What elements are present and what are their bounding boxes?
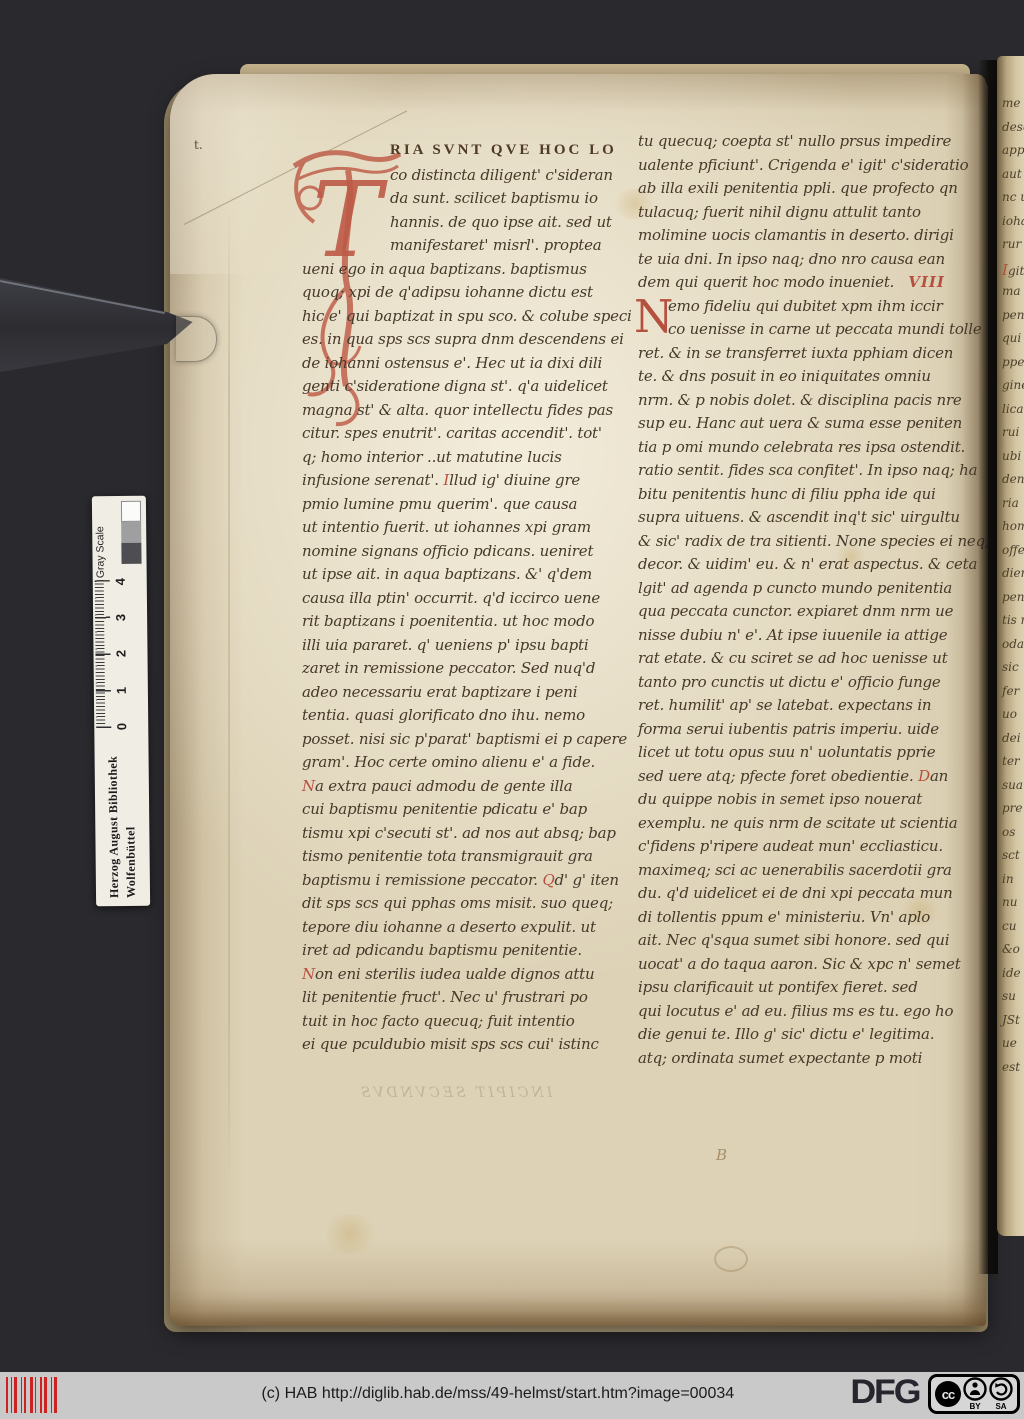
manuscript-line: di tollentis ppum e' ministeriu. Vn' apl…: [638, 908, 990, 932]
page-holder-tip: [176, 316, 217, 362]
ruler-number: 2: [113, 650, 128, 657]
ruler-numbers: 43210: [113, 578, 130, 730]
manuscript-line: Na extra pauci admodu de gente illa: [302, 777, 638, 801]
patch-white: [121, 501, 141, 522]
facing-page-fragment: dier: [997, 566, 1024, 590]
manuscript-line: bitu penitentis hunc di filiu ppha ide q…: [638, 485, 990, 509]
manuscript-line: du. q'd uidelicet ei de dni xpi peccata …: [638, 884, 990, 908]
manuscript-line: ualente pficiunt'. Crigenda e' igit' c's…: [638, 156, 990, 180]
manuscript-line: tismu xpi c'secuti st'. ad nos aut absq;…: [302, 824, 638, 848]
gray-scale-patches: [121, 501, 142, 564]
ruler-major-ticks: [95, 580, 112, 730]
facing-page-fragment: aut ic: [997, 167, 1024, 191]
manuscript-line: quoq; xpi de q'adipsu iohanne dictu est: [302, 283, 638, 307]
cc-sa-item: SA: [989, 1377, 1013, 1411]
facing-page-fragment: desct: [997, 120, 1024, 144]
manuscript-line: forma serui iubentis patris imperiu. uid…: [638, 720, 990, 744]
manuscript-line: pmio lumine pmu querim'. que causa: [302, 495, 638, 519]
manuscript-line: Nemo fideliu qui dubitet xpm ihm iccir: [638, 297, 990, 321]
manuscript-line: ab illa exili penitentia ppli. que profe…: [638, 179, 990, 203]
manuscript-line: qua peccata cunctor. expiaret dnm nrm ue: [638, 602, 990, 626]
patch-mid-gray: [121, 522, 141, 543]
facing-page-fragment: sct: [997, 848, 1024, 872]
facing-page-fragment: lica: [997, 402, 1024, 426]
manuscript-line: iret ad pdicandu baptismu penitentie.: [302, 941, 638, 965]
manuscript-line: atq; ordinata sumet expectante p moti: [638, 1049, 990, 1073]
ruler-number: 1: [114, 686, 129, 693]
manuscript-line: hannis. de quo ipse ait. sed ut: [302, 213, 638, 237]
manuscript-line: licet ut totu opus suu n' uoluntatis ppr…: [638, 743, 990, 767]
manuscript-line: exemplu. ne quis nrm de scitate ut scien…: [638, 814, 990, 838]
facing-page-fragment: offe: [997, 543, 1024, 567]
manuscript-line: baptismu i remissione peccator. Qd' g' i…: [302, 871, 638, 895]
institution-line2: Wolfenbüttel: [122, 738, 139, 898]
manuscript-line: magna st' & alta. quor intellectu fides …: [302, 401, 638, 425]
gray-scale-ruler: Gray Scale 43210 Herzog August Bibliothe…: [92, 496, 150, 907]
manuscript-line: da sunt. scilicet baptismu io: [302, 189, 638, 213]
manuscript-line: die genui te. Illo g' sic' dictu e' legi…: [638, 1025, 990, 1049]
manuscript-line: de iohanni ostensus e'. Hec ut ia dixi d…: [302, 354, 638, 378]
facing-page-fragment: pen: [997, 308, 1024, 332]
manuscript-page: t. T RIA SVNT QVE HOC LOco distincta dil…: [170, 74, 986, 1326]
facing-page-fragment: gine: [997, 378, 1024, 402]
facing-page-fragment: rur i: [997, 237, 1024, 261]
facing-page-fragment: sua: [997, 778, 1024, 802]
sa-label: SA: [995, 1402, 1006, 1411]
manuscript-line: nomine signans officio pdicans. ueniret: [302, 542, 638, 566]
facing-page-fragment: ubi: [997, 449, 1024, 473]
parchment-stain: [320, 1214, 380, 1254]
manuscript-line: nisse dubiu n' e'. At ipse iuuenile ia a…: [638, 626, 990, 650]
manuscript-line: dem qui querit hoc modo inueniet.VIII: [638, 273, 990, 297]
manuscript-line: ipsu clarificauit ut pontifex fieret. se…: [638, 978, 990, 1002]
manuscript-line: molimine uocis clamantis in deserto. dir…: [638, 226, 990, 250]
manuscript-line: ratio sentit. fides sca confitet'. In ip…: [638, 461, 990, 485]
facing-page-fragment: ma: [997, 284, 1024, 308]
right-text-column: tu quecuq; coepta st' nullo prsus impedi…: [638, 132, 990, 1072]
facing-page-fragment: ide: [997, 966, 1024, 990]
rubricated-letter: N: [302, 777, 315, 795]
facing-page-fragment: os: [997, 825, 1024, 849]
left-text-column: RIA SVNT QVE HOC LOco distincta diligent…: [302, 142, 638, 1059]
facing-page-fragment: qui: [997, 331, 1024, 355]
manuscript-line: tentia. quasi glorificato dno ihu. nemo: [302, 706, 638, 730]
binding-gutter-shadow: [978, 60, 998, 1274]
facing-page-fragment: JSt: [997, 1013, 1024, 1037]
manuscript-line: te uia dni. In ipso naq; dno nro causa e…: [638, 250, 990, 274]
facing-page-fragment: nc ut: [997, 190, 1024, 214]
manuscript-line: illi uia pararet. q' ueniens p' ipsu bap…: [302, 636, 638, 660]
facing-page-fragment: cu: [997, 919, 1024, 943]
manuscript-line: ut intentio fuerit. ut iohannes xpi gram: [302, 518, 638, 542]
manuscript-line: du quippe nobis in semet ipso nouerat: [638, 790, 990, 814]
facing-page-fragment: Igit: [997, 261, 1024, 285]
facing-page-fragment: in: [997, 872, 1024, 896]
manuscript-line: rit baptizans i poenitentia. ut hoc modo: [302, 612, 638, 636]
manuscript-line: infusione serenat'. Illud ig' diuine gre: [302, 471, 638, 495]
facing-page-fragment: ter: [997, 754, 1024, 778]
manuscript-line: lgit' ad agenda p cuncto mundo penitenti…: [638, 579, 990, 603]
manuscript-line: zaret in remissione peccator. Sed nuq'd: [302, 659, 638, 683]
facing-page-fragment: rui: [997, 425, 1024, 449]
manuscript-line: qui locutus e' ad eu. filius ms es tu. e…: [638, 1002, 990, 1026]
manuscript-line: & sic' radix de tra sitienti. None speci…: [638, 532, 990, 556]
manuscript-line: tuit in hoc facto quecuq; fuit intentio: [302, 1012, 638, 1036]
facing-page-fragment: dei: [997, 731, 1024, 755]
manuscript-line: dit sps scs qui pphas oms misit. suo que…: [302, 894, 638, 918]
manuscript-line: co distincta diligent' c'sideran: [302, 166, 638, 190]
facing-page-fragment: sic: [997, 660, 1024, 684]
ruler-number: 4: [113, 578, 128, 585]
manuscript-line: cui baptismu penitentie pdicatu e' bap: [302, 800, 638, 824]
rubricated-letter: N: [302, 965, 315, 983]
manuscript-line: lit penitentie fruct'. Nec u' frustrari …: [302, 988, 638, 1012]
facing-page-fragment: uo: [997, 707, 1024, 731]
manuscript-line: nrm. & p nobis dolet. & disciplina pacis…: [638, 391, 990, 415]
cc-license-badge: cc BY SA: [928, 1374, 1020, 1414]
copyright-url-text: (c) HAB http://diglib.hab.de/mss/49-helm…: [261, 1385, 734, 1403]
parchment-dimple: [714, 1246, 748, 1272]
manuscript-line: genti c'sideratione digna st'. q'a uidel…: [302, 377, 638, 401]
manuscript-line: posset. nisi sic p'parat' baptismi ei p …: [302, 730, 638, 754]
facing-page-edge: me udesctapproaut icnc utiohanrur iIgitm…: [997, 56, 1024, 1236]
manuscript-line: adeo necessariu erat baptizare i peni: [302, 683, 638, 707]
facing-page-fragment: appro: [997, 143, 1024, 167]
manuscript-line: tia p omi mundo celebrata res ipsa osten…: [638, 438, 990, 462]
facing-page-fragment: &o: [997, 942, 1024, 966]
manuscript-line: gram'. Hoc certe omino alienu e' a fide.: [302, 753, 638, 777]
facing-page-fragment: ria: [997, 496, 1024, 520]
facing-page-fragment: su: [997, 989, 1024, 1013]
facing-page-fragment: nu: [997, 895, 1024, 919]
facing-page-fragment: tis n: [997, 613, 1024, 637]
rubricated-letter: Q: [542, 871, 554, 889]
patch-dark-gray: [121, 543, 141, 564]
facing-page-fragment: est: [997, 1060, 1024, 1084]
dfg-logo: DFG: [851, 1373, 920, 1412]
manuscript-line: ret. & in se transferret iuxta pphiam di…: [638, 344, 990, 368]
manuscript-line: sed uere atq; pfecte foret obedientie. D…: [638, 767, 990, 791]
manuscript-line: rat etate. & cu sciret se ad hoc uenisse…: [638, 649, 990, 673]
rubricated-letter: D: [918, 767, 930, 785]
manuscript-line: supra uituens. & ascendit inq't sic' uir…: [638, 508, 990, 532]
manuscript-line: ueni ego in aqua baptizans. baptismus: [302, 260, 638, 284]
manuscript-line: ait. Nec q'squa sumet sibi honore. sed q…: [638, 931, 990, 955]
chapter-number-rubric: VIII: [894, 273, 945, 291]
facing-page-fragment: ppe: [997, 355, 1024, 379]
manuscript-line: co uenisse in carne ut peccata mundi tol…: [638, 320, 990, 344]
person-icon: [963, 1377, 987, 1401]
manuscript-line: tu quecuq; coepta st' nullo prsus impedi…: [638, 132, 990, 156]
color-registration-marks: [6, 1377, 64, 1413]
cc-by-item: BY: [963, 1377, 987, 1411]
manuscript-line: ut ipse ait. in aqua baptizans. &' q'dem: [302, 565, 638, 589]
manuscript-line: decor. & uidim' eu. & n' erat aspectus. …: [638, 555, 990, 579]
rubricated-letter: I: [443, 471, 449, 489]
bottom-edge-browning: [170, 1298, 986, 1326]
facing-page-fragment: oda: [997, 637, 1024, 661]
vertical-crease: [228, 204, 230, 1184]
facing-page-fragment: peni: [997, 590, 1024, 614]
facing-page-fragment: me u: [997, 96, 1024, 120]
manuscript-line: Non eni sterilis iudea ualde dignos attu: [302, 965, 638, 989]
manuscript-line: citur. spes enutrit'. caritas accendit'.…: [302, 424, 638, 448]
gray-scale-label: Gray Scale: [94, 500, 107, 578]
institution-name: Herzog August Bibliothek Wolfenbüttel: [94, 738, 150, 899]
cc-icon: cc: [935, 1381, 961, 1407]
quire-signature: B: [716, 1146, 727, 1164]
facing-page-fragment: den: [997, 472, 1024, 496]
manuscript-line: ei que pculdubio misit sps scs cui' isti…: [302, 1035, 638, 1059]
manuscript-line: q; homo interior ..ut matutine lucis: [302, 448, 638, 472]
manuscript-line: sup eu. Hanc aut uera & suma esse penite…: [638, 414, 990, 438]
manuscript-line: RIA SVNT QVE HOC LO: [302, 142, 638, 166]
manuscript-line: hic e' qui baptizat in spu sco. & colube…: [302, 307, 638, 331]
by-label: BY: [969, 1402, 980, 1411]
facing-page-fragment: pre: [997, 801, 1024, 825]
facing-page-fragment: fer: [997, 684, 1024, 708]
show-through-mirrored-text: INCIPIT SECVNDVS: [358, 1085, 552, 1101]
facing-page-fragment: iohan: [997, 214, 1024, 238]
manuscript-line: tepore diu iohanne a deserto expulit. ut: [302, 918, 638, 942]
ruler-number: 0: [114, 723, 129, 730]
ruler-number: 3: [113, 614, 128, 621]
facing-page-fragment: ue: [997, 1036, 1024, 1060]
manuscript-line: manifestaret' misrl'. proptea: [302, 236, 638, 260]
manuscript-line: te. & dns posuit in eo iniquitates omniu: [638, 367, 990, 391]
manuscript-line: tanto pro cunctis ut dictu e' officio fu…: [638, 673, 990, 697]
facing-page-fragment: hom: [997, 519, 1024, 543]
institution-line1: Herzog August Bibliothek: [105, 738, 122, 898]
manuscript-line: maximeq; sci ac uenerabilis sacerdotii g…: [638, 861, 990, 885]
manuscript-line: causa illa ptin' occurrit. q'd iccirco u…: [302, 589, 638, 613]
manuscript-line: es. in qua sps scs supra dnm descendens …: [302, 330, 638, 354]
rubricated-letter: I: [1002, 261, 1008, 279]
footer-bar: (c) HAB http://diglib.hab.de/mss/49-helm…: [0, 1372, 1024, 1419]
margin-mark: t.: [194, 138, 203, 152]
share-alike-icon: [989, 1377, 1013, 1401]
manuscript-line: ret. humilit' ap' se latebat. expectans …: [638, 696, 990, 720]
digitized-scan-viewport: t. T RIA SVNT QVE HOC LOco distincta dil…: [0, 0, 1024, 1419]
manuscript-line: uocat' a do taqua aaron. Sic & xpc n' se…: [638, 955, 990, 979]
manuscript-line: c'fidens p'ripere audeat mun' eccliastic…: [638, 837, 990, 861]
manuscript-line: tulacuq; fuerit nihil dignu attulit tant…: [638, 203, 990, 227]
manuscript-line: tismo penitentie tota transmigrauit gra: [302, 847, 638, 871]
